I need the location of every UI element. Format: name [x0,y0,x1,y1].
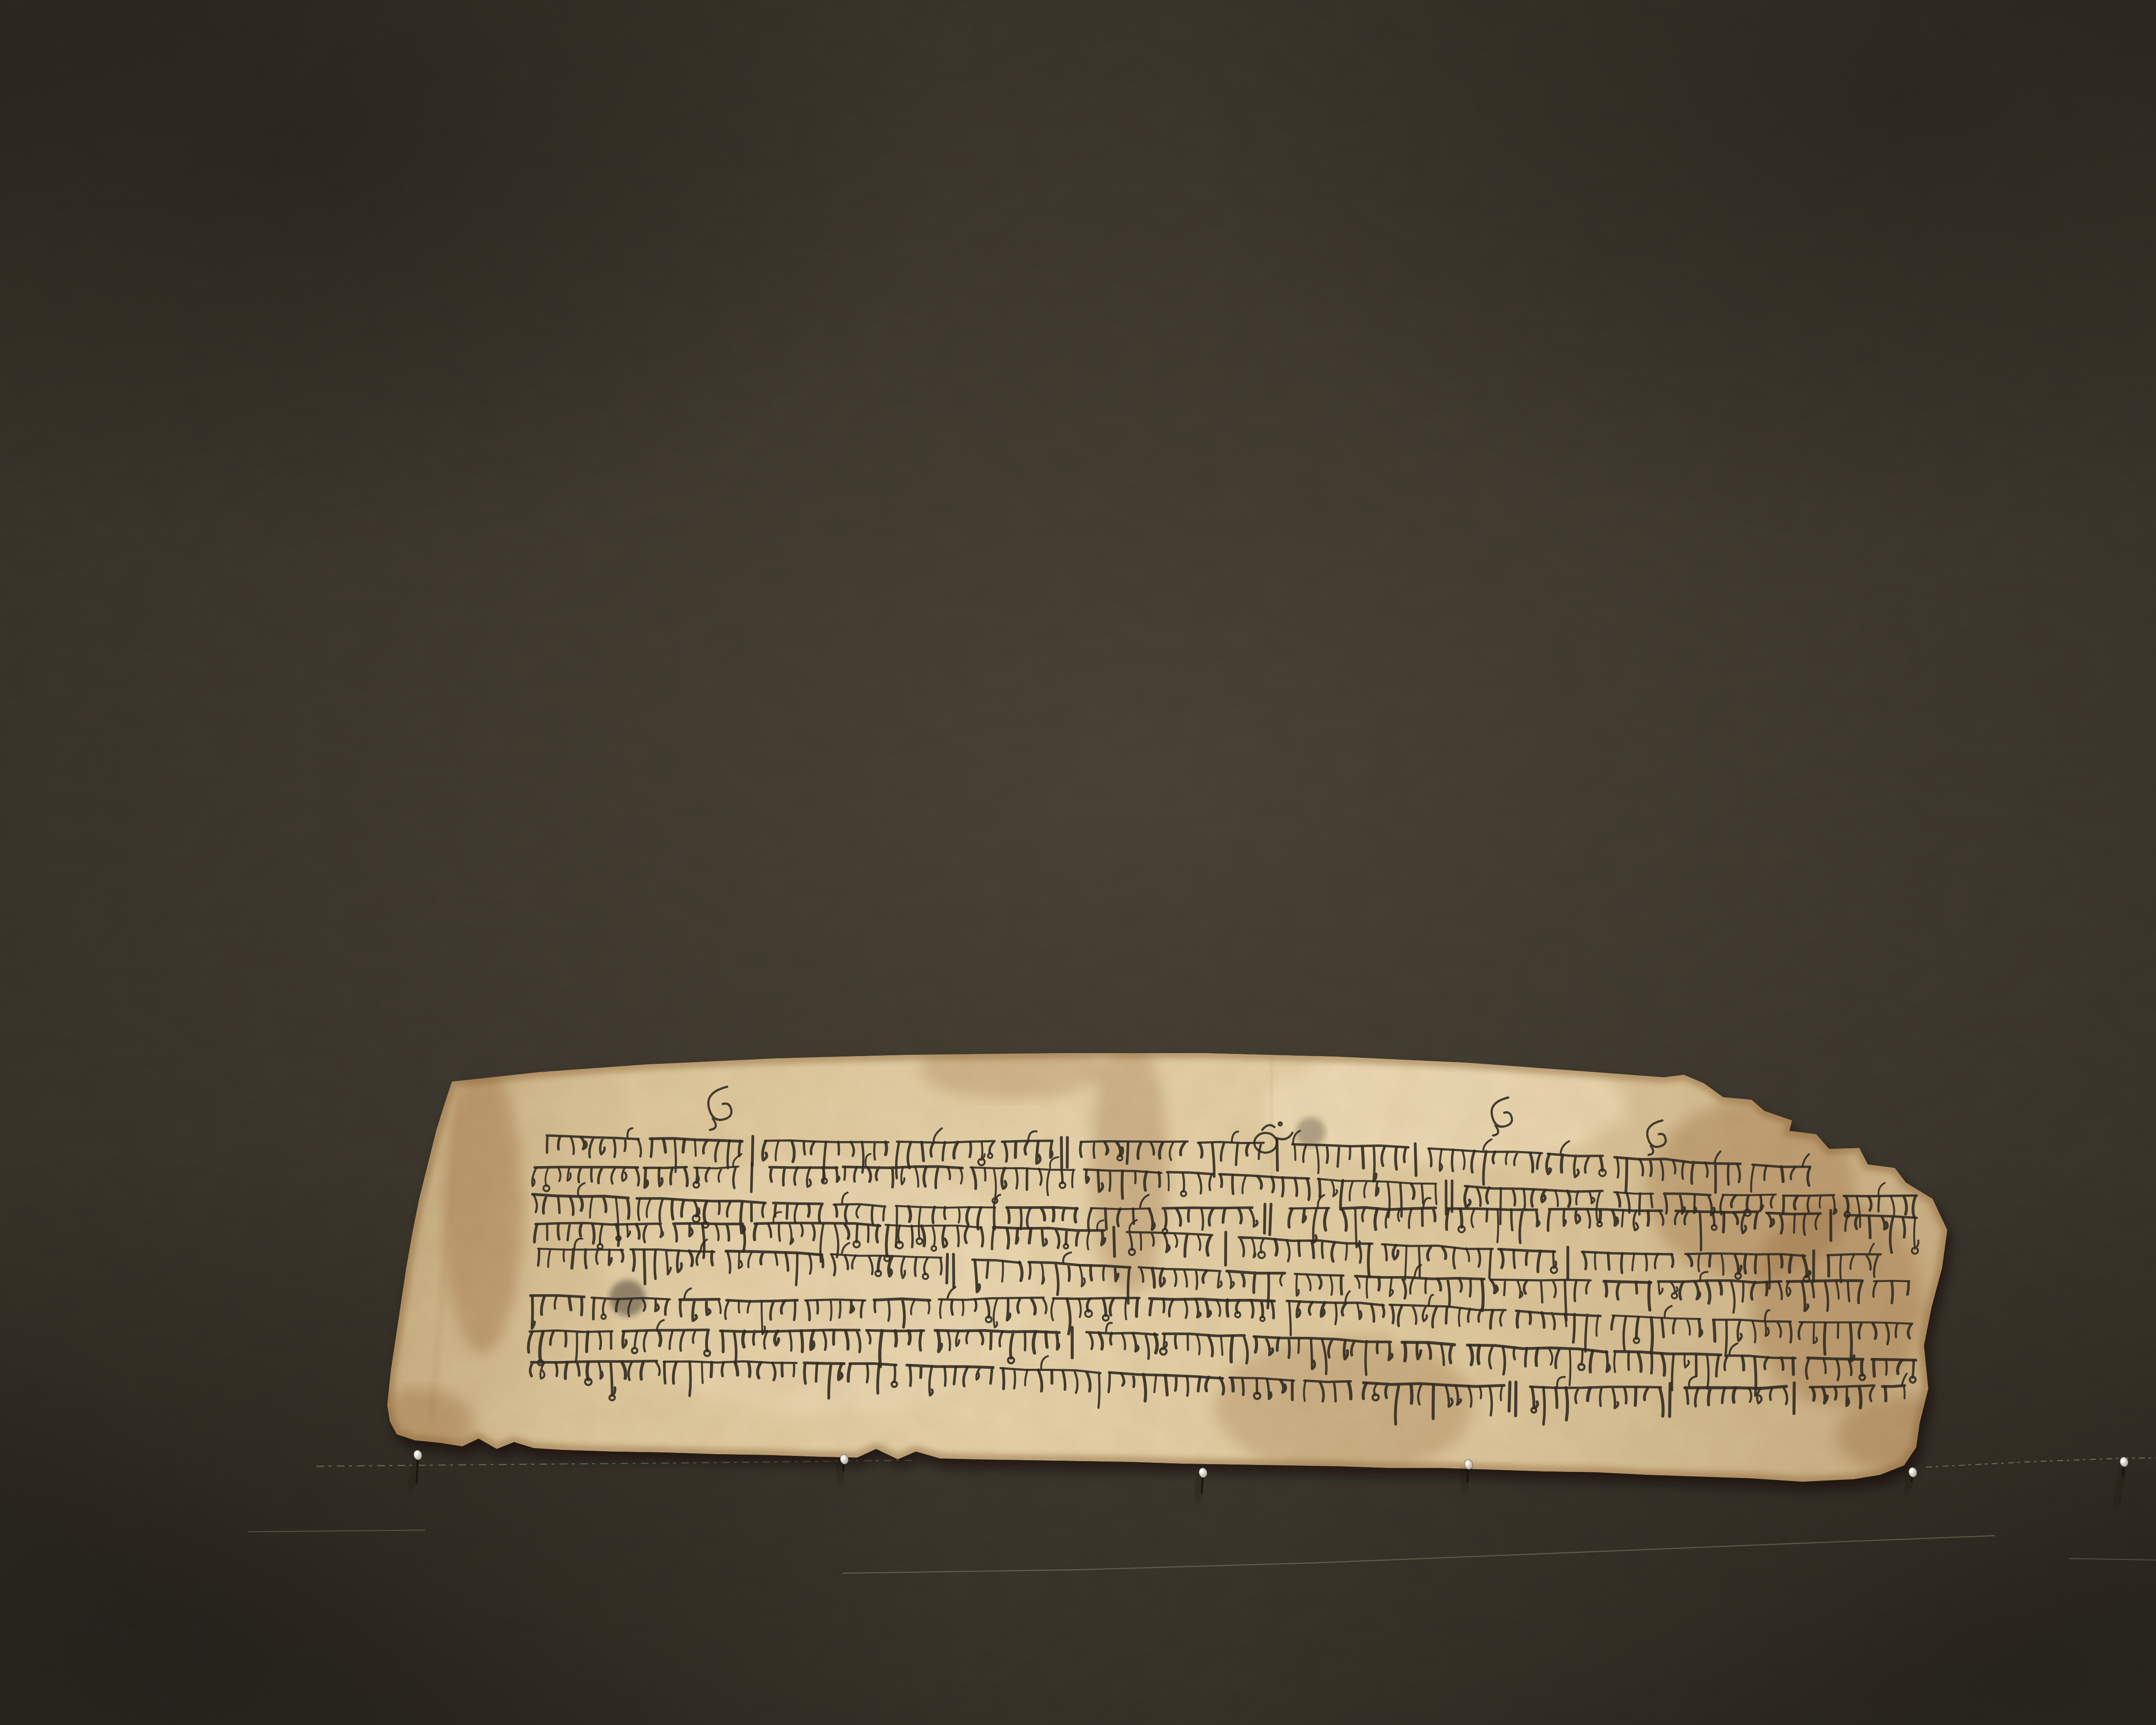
manuscript-photo [0,0,2156,1725]
manuscript-page [367,1035,1988,1518]
